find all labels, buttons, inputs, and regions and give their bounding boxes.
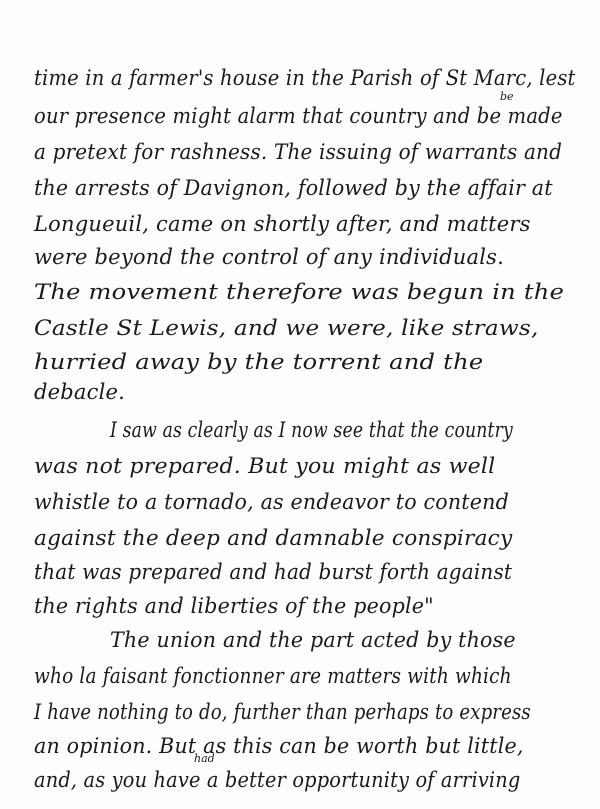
text-line-14: against the deep and damnable conspiracy (34, 526, 512, 550)
text-line-11: I saw as clearly as I now see that the c… (110, 418, 513, 442)
text-line-1: time in a farmer's house in the Parish o… (34, 66, 576, 90)
text-line-19: I have nothing to do, further than perha… (34, 700, 531, 724)
text-line-8: Castle St Lewis, and we were, like straw… (34, 316, 539, 340)
text-line-5: Longueuil, came on shortly after, and ma… (34, 212, 531, 236)
text-line-13: whistle to a tornado, as endeavor to con… (34, 490, 509, 514)
interlinear-insertion-had: had (194, 752, 215, 765)
text-line-21: and, as you have a better opportunity of… (34, 768, 520, 792)
text-line-17: The union and the part acted by those (110, 628, 516, 652)
text-line-6: were beyond the control of any individua… (34, 245, 504, 269)
text-line-4: the arrests of Davignon, followed by the… (34, 176, 553, 200)
text-line-12: was not prepared. But you might as well (34, 454, 495, 478)
text-line-20: an opinion. But as this can be worth but… (34, 734, 524, 758)
text-line-2: our presence might alarm that country an… (34, 104, 563, 128)
text-line-18: who la faisant fonctionner are matters w… (34, 664, 512, 688)
manuscript-page: time in a farmer's house in the Parish o… (0, 0, 600, 809)
text-line-10: debacle. (34, 380, 125, 404)
text-line-15: that was prepared and had burst forth ag… (34, 560, 512, 584)
interlinear-insertion-be: be (500, 90, 514, 103)
text-line-7: The movement therefore was begun in the (34, 280, 564, 304)
text-line-9: hurried away by the torrent and the (34, 350, 483, 374)
text-line-16: the rights and liberties of the people" (34, 594, 434, 618)
text-line-3: a pretext for rashness. The issuing of w… (34, 140, 562, 164)
